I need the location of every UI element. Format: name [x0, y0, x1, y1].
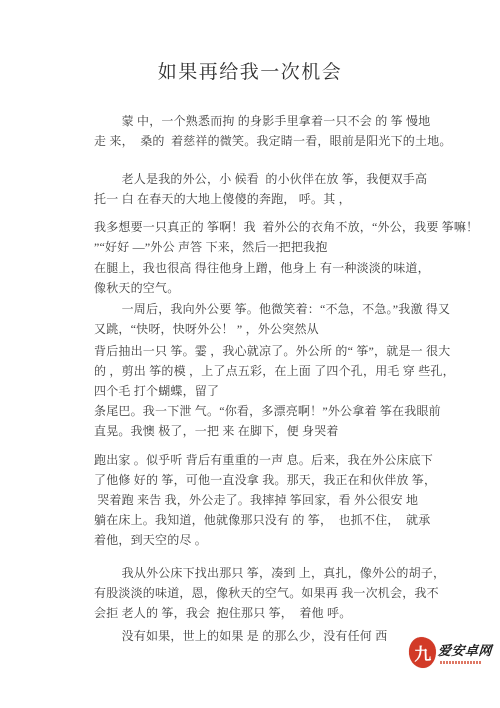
paragraph: 蒙 中，一个熟悉而拘 的身影手里拿着一只不会 的 筝 慢地走 来， 桑的 着慈祥… [94, 111, 450, 151]
text-line: 着他，到天空的尽 。 [94, 530, 450, 550]
text-line: 躺在床上。我知道，他就像那只没有 的 筝， 也抓不住， 就承 [94, 510, 450, 530]
watermark-tagline [440, 661, 482, 664]
paragraph: 老人是我的外公，小 候看 的小伙伴在放 筝，我便双手高托一 白 在春天的大地上傻… [94, 169, 450, 209]
text-line: 我多想要一只真正的 筝啊！我 着外公的衣角不放，“外公，我要 筝嘛！ [94, 217, 450, 237]
watermark-site-name: 爱安卓网 [437, 640, 492, 659]
watermark: 九 爱安卓网 [409, 637, 492, 668]
text-line: 哭着跑 来告 我，外公走了。我摔掉 筝回家，看 外公很安 地 [94, 490, 450, 510]
text-line: 托一 白 在春天的大地上傻傻的奔跑， 呼。其 ， [94, 189, 450, 209]
text-line: 一周后，我向外公要 筝。他微笑着：“不急，不急。”我激 得又 [94, 299, 450, 319]
watermark-stamp-icon: 九 [407, 636, 437, 670]
text-line: 了他修 好的 筝，可他一直没拿 我。那天，我正在和伙伴放 筝， [94, 470, 450, 490]
paragraph: 跑出家 。似乎听 背后有重重的一声 息。后来，我在外公床底下了他修 好的 筝，可… [94, 450, 450, 550]
document-page: 如果再给我一次机会 蒙 中，一个熟悉而拘 的身影手里拿着一只不会 的 筝 慢地走… [0, 0, 500, 708]
document-title: 如果再给我一次机会 [0, 57, 500, 84]
paragraph: 背后抽出一只 筝。霎 ，我心就凉了。外公所 的“ 筝”，就是一 很大的 ，剪出 … [94, 341, 450, 401]
text-line: 我从外公床下找出那只 筝，凑到 上，真扎，像外公的胡子， [94, 563, 450, 583]
text-line: 走 来， 桑的 着慈祥的微笑。我定睛一看，眼前是阳光下的土地。 [94, 131, 450, 151]
document-body: 蒙 中，一个熟悉而拘 的身影手里拿着一只不会 的 筝 慢地走 来， 桑的 着慈祥… [0, 111, 500, 646]
text-line: 四个毛 打个蝴蝶，留了 [94, 381, 450, 401]
text-line: 背后抽出一只 筝。霎 ，我心就凉了。外公所 的“ 筝”，就是一 很大 [94, 341, 450, 361]
paragraph: 没有如果，世上的如果 是 的那么少，没有任何 西 [94, 626, 450, 646]
text-line: ”“好好 —”外公 声答 下来，然后一把把我抱 [94, 237, 450, 257]
text-line: 蒙 中，一个熟悉而拘 的身影手里拿着一只不会 的 筝 慢地 [94, 111, 450, 131]
text-line: 有股淡淡的味道，恩，像秋天的空气。如果再 我一次机会，我不 [94, 583, 450, 603]
text-line: 的 ，剪出 筝的模 ，上了点五彩，在上面 了四个孔，用毛 穿 些孔， [94, 361, 450, 381]
text-line: 没有如果，世上的如果 是 的那么少，没有任何 西 [94, 626, 450, 646]
paragraph: 一周后，我向外公要 筝。他微笑着：“不急，不急。”我激 得又又跳，“快呀，快呀外… [94, 299, 450, 339]
text-line: 像秋天的空气。 [94, 278, 450, 298]
paragraph: 在腿上，我也很高 得往他身上蹭，他身上 有一种淡淡的味道，像秋天的空气。 [94, 258, 450, 298]
text-line: 又跳，“快呀，快呀外公！ ” ，外公突然从 [94, 319, 450, 339]
paragraph: 条尾巴。我一下泄 气。“你看，多漂亮啊！”外公拿着 筝在我眼前直晃。我懊 极了，… [94, 401, 450, 441]
text-line: 老人是我的外公，小 候看 的小伙伴在放 筝，我便双手高 [94, 169, 450, 189]
text-line: 在腿上，我也很高 得往他身上蹭，他身上 有一种淡淡的味道， [94, 258, 450, 278]
text-line: 会拒 老人的 筝，我会 抱住那只 筝， 着他 呼。 [94, 603, 450, 623]
text-line: 直晃。我懊 极了，一把 来 在脚下，便 身哭着 [94, 421, 450, 441]
stamp-glyph: 九 [414, 640, 432, 666]
paragraph: 我多想要一只真正的 筝啊！我 着外公的衣角不放，“外公，我要 筝嘛！”“好好 —… [94, 217, 450, 257]
text-line: 条尾巴。我一下泄 气。“你看，多漂亮啊！”外公拿着 筝在我眼前 [94, 401, 450, 421]
text-line: 跑出家 。似乎听 背后有重重的一声 息。后来，我在外公床底下 [94, 450, 450, 470]
watermark-text-block: 爱安卓网 [438, 637, 492, 664]
paragraph: 我从外公床下找出那只 筝，凑到 上，真扎，像外公的胡子，有股淡淡的味道，恩，像秋… [94, 563, 450, 623]
